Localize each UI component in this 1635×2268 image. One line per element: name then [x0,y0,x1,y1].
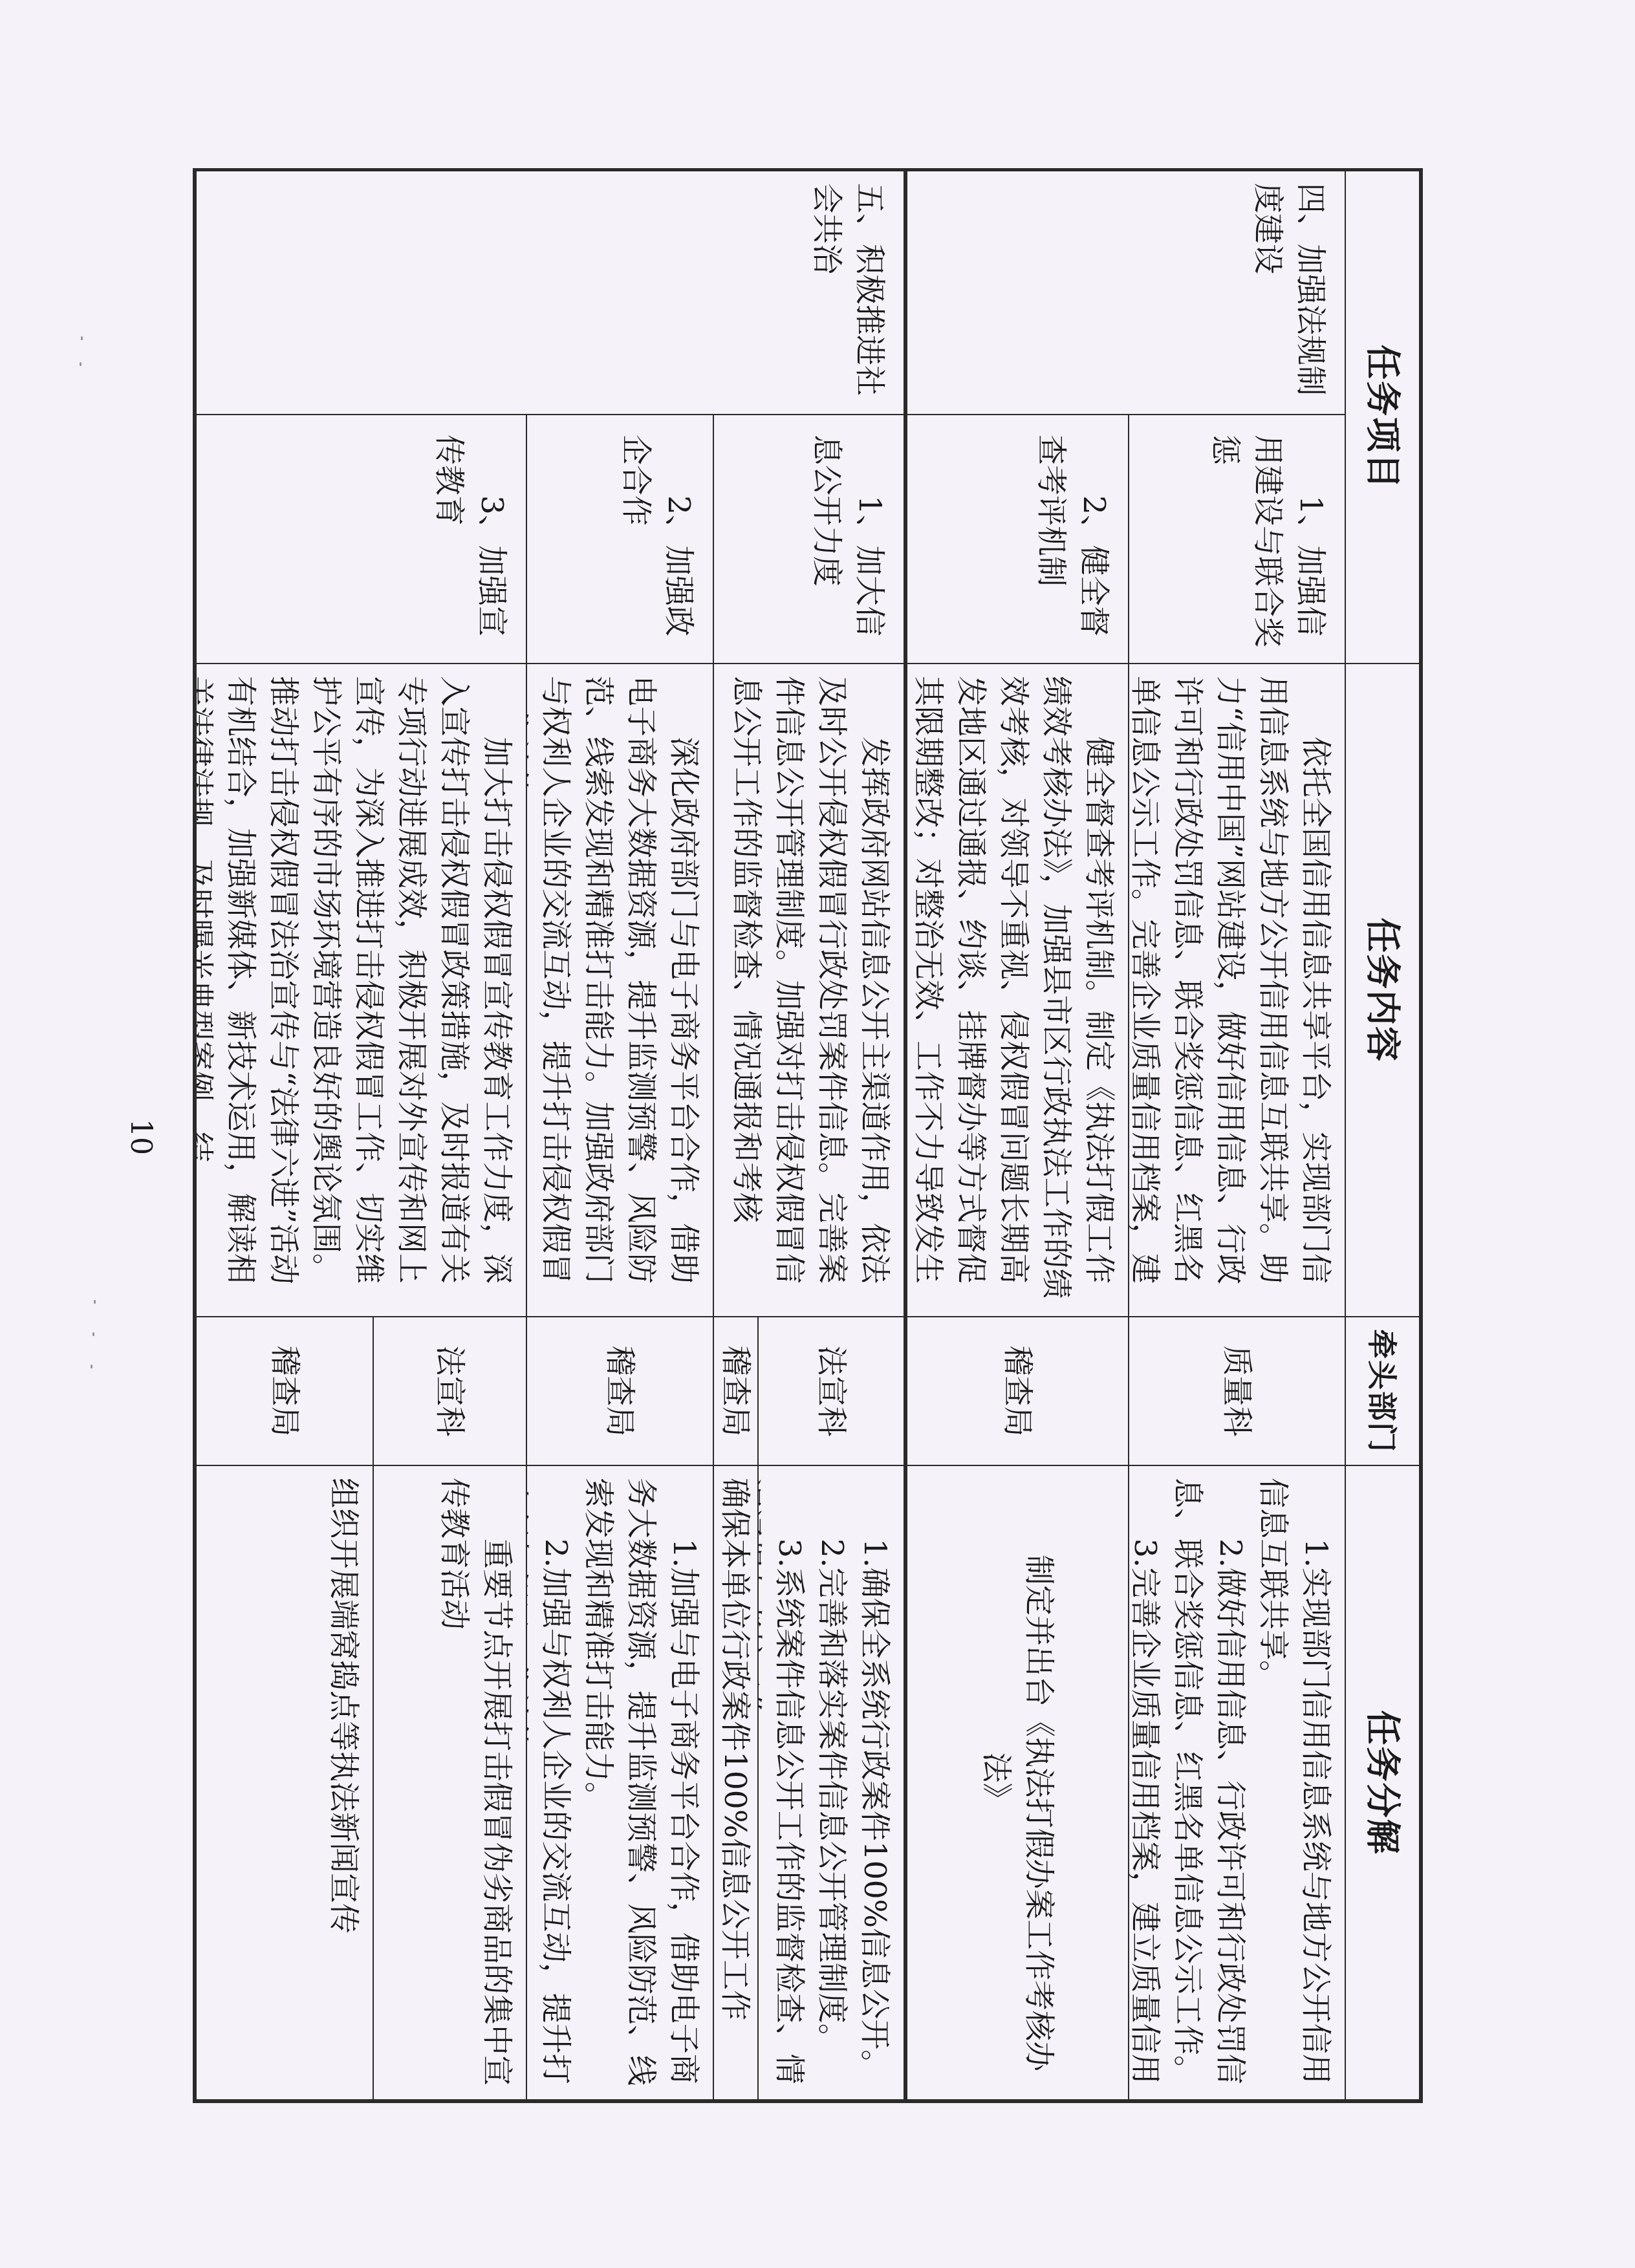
task-item-credit: 1、加强信用建设与联合奖惩 [1128,414,1346,664]
scan-speck [91,1365,92,1368]
task-content-cooperation: 深化政府部门与电子商务平台合作，借助电子商务大数据资源，提升监测预警、风险防范、… [526,663,714,1317]
lead-dept-cooperation: 稽查局 [526,1316,714,1466]
breakdown-line: 重要节点开展打击假冒伪劣商品的集中宣传教育活动 [433,1478,518,2088]
breakdown-line: 3.系统案件信息公开工作的监督检查、情况通报与考核工作。 [757,1478,810,2088]
lead-dept-supervision: 稽查局 [906,1316,1129,1466]
breakdown-cooperation: 1.加强与电子商务平台合作，借助电子商务大数据资源，提升监测预警、风险防范、线索… [526,1465,714,2103]
header-task-item: 任务项目 [1345,168,1423,664]
lead-dept-credit: 质量科 [1128,1316,1346,1466]
scan-speck [80,362,81,366]
task-item-info-disclosure: 1、加大信息公开力度 [713,414,907,664]
task-content-info-disclosure: 发挥政府网站信息公开主渠道作用，依法及时公开侵权假冒行政处罚案件信息。完善案件信… [713,663,907,1317]
breakdown-line: 1.确保全系统行政案件100%信息公开。 [853,1478,896,2088]
breakdown-publicity-2: 组织开展端窝捣点等执法新闻宣传 [193,1465,374,2103]
header-task-content: 任务内容 [1345,663,1423,1317]
breakdown-line: 1.实现部门信用信息系统与地方公开信用信息互联共享。 [1251,1478,1337,2088]
breakdown-line: 3.完善企业质量信用档案，建立质量信用信息归集机制。 [1128,1478,1166,2088]
task-content-credit: 依托全国信用信息共享平台，实现部门信用信息系统与地方公开信用信息互联共享。助力“… [1128,663,1346,1317]
breakdown-info-disclosure-2: 确保本单位行政案件100%信息公开工作 [713,1465,759,2103]
scan-speck [94,1300,96,1304]
breakdown-line: 2.完善和落实案件信息公开管理制度。 [810,1478,853,2088]
lead-dept-info-disclosure-1: 法宣科 [757,1316,907,1466]
section-title-4: 四、加强法规制度建设 [906,168,1346,415]
task-item-publicity: 3、加强宣传教育 [193,414,527,664]
header-task-breakdown: 任务分解 [1345,1465,1423,2103]
breakdown-credit: 1.实现部门信用信息系统与地方公开信用信息互联共享。 2.做好信用信息、行政许可… [1128,1465,1346,2103]
page-number: 10 [124,1119,157,1155]
document-page: 任务项目 任务内容 牵头部门 任务分解 四、加强法规制度建设 1、加强信用建设与… [0,0,1635,2268]
breakdown-publicity-1: 重要节点开展打击假冒伪劣商品的集中宣传教育活动 [373,1465,527,2103]
section-title-5: 五、积极推进社会共治 [193,168,907,415]
breakdown-line: 制定并出台《执法打假办案工作考核办法》 [975,1478,1061,2088]
task-content-supervision: 健全督查考评机制。制定《执法打假工作绩效考核办法》，加强县市区行政执法工作的绩效… [906,663,1129,1317]
breakdown-line: 1.加强与电子商务平台合作，借助电子商务大数据资源，提升监测预警、风险防范、线索… [577,1478,705,2088]
task-content-publicity: 加大打击侵权假冒宣传教育工作力度，深入宣传打击侵权假冒政策措施，及时报道有关专项… [193,663,527,1317]
task-item-cooperation: 2、加强政企合作 [526,414,714,664]
header-lead-department: 牵头部门 [1345,1316,1423,1466]
lead-dept-info-disclosure-2: 稽查局 [713,1316,759,1466]
breakdown-line: 2.做好信用信息、行政许可和行政处罚信息、联合奖惩信息、红黑名单信息公示工作。 [1166,1478,1251,2088]
lead-dept-publicity-1: 法宣科 [373,1316,527,1466]
breakdown-line: 2.加强与权利人企业的交流互动，提升打击侵权假冒工作效能。 [526,1478,577,2088]
scan-speck [92,1332,94,1336]
task-item-supervision: 2、健全督查考评机制 [906,414,1129,664]
breakdown-info-disclosure-1: 1.确保全系统行政案件100%信息公开。 2.完善和落实案件信息公开管理制度。 … [757,1465,907,2103]
lead-dept-publicity-2: 稽查局 [193,1316,374,1466]
scan-speck [81,336,83,340]
breakdown-supervision: 制定并出台《执法打假办案工作考核办法》 [906,1465,1129,2103]
